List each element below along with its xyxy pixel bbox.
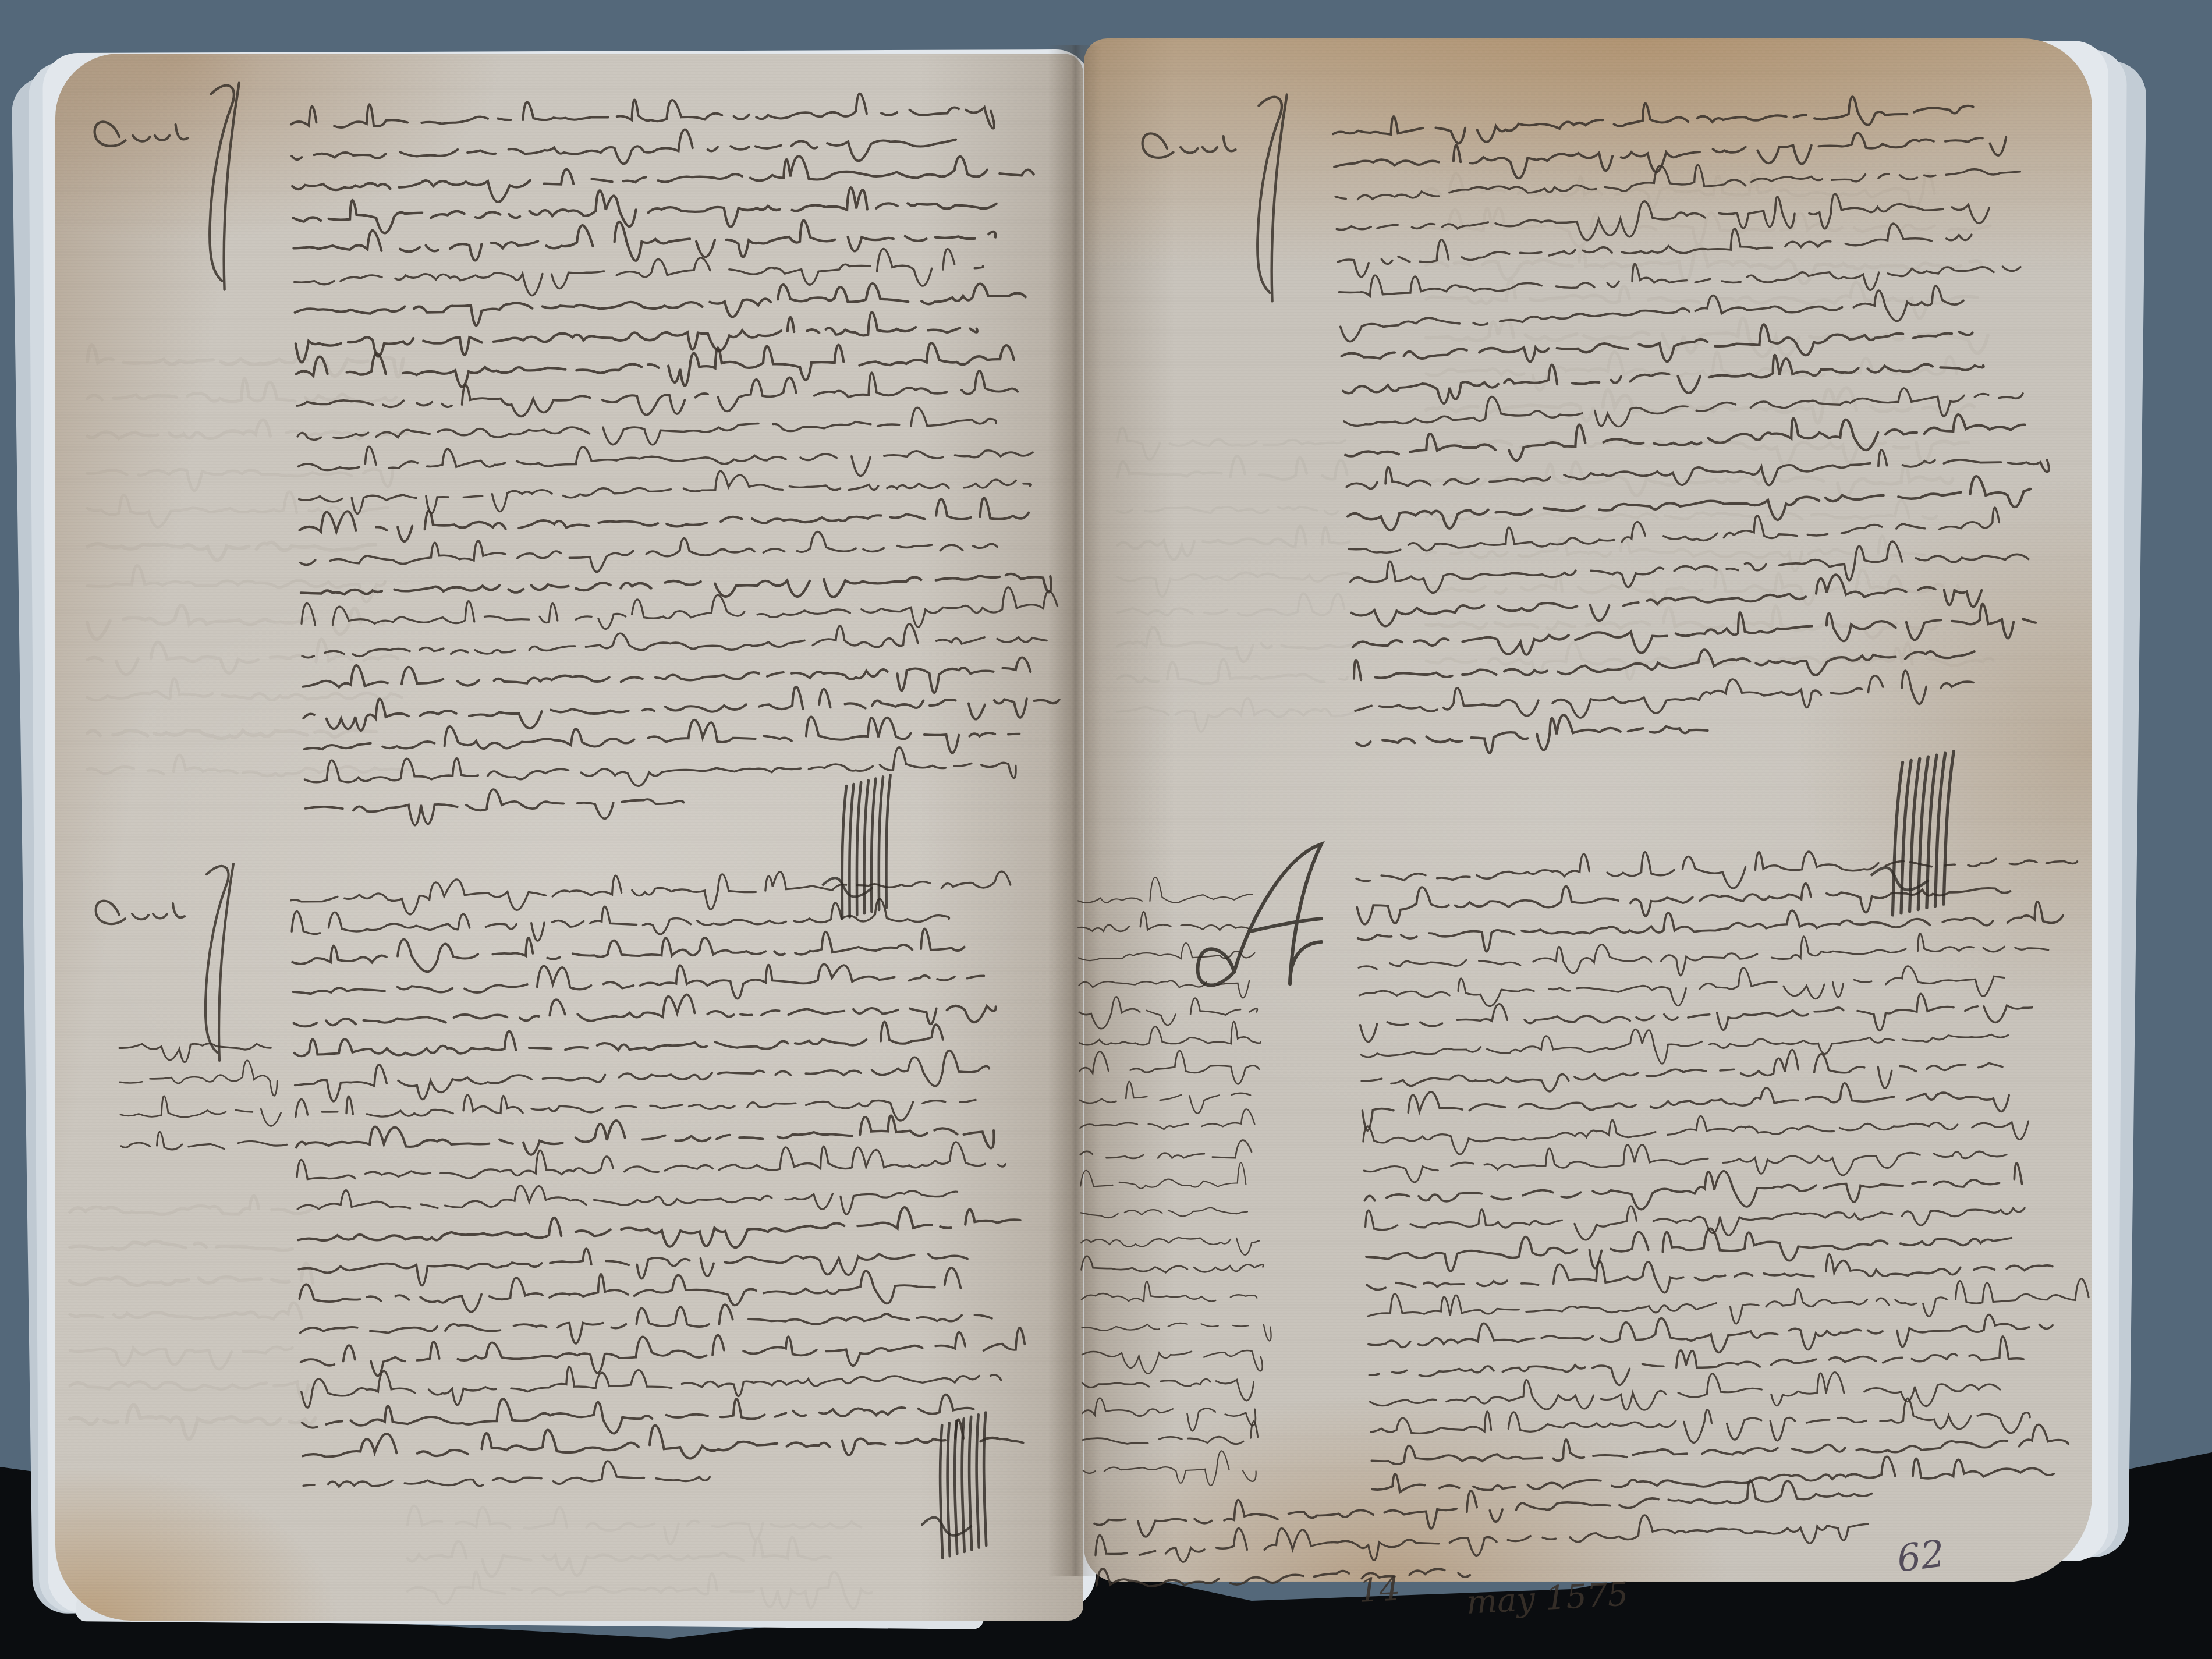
right-page [1084,38,2092,1582]
book-gutter [1048,45,1101,1576]
left-page [55,54,1083,1621]
manuscript-photo: 14 may 1575 62 [0,0,2212,1659]
